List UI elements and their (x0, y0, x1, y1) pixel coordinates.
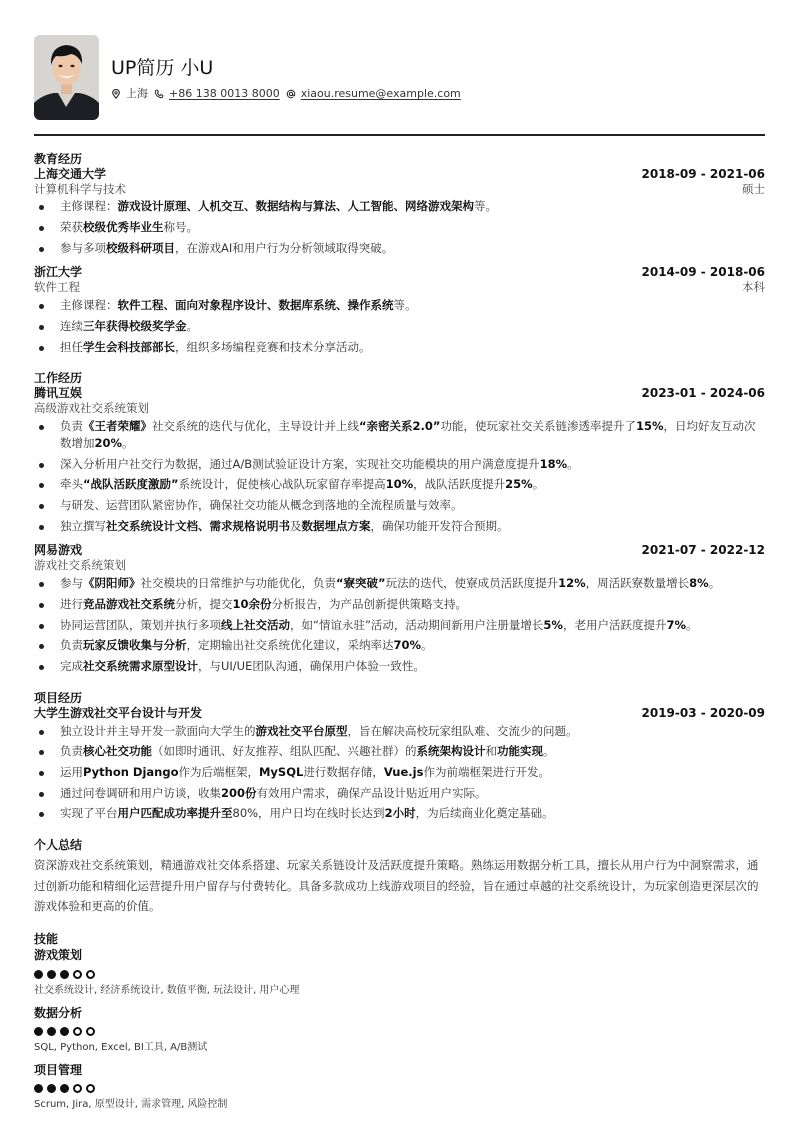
section-title: 个人总结 (34, 838, 765, 853)
bullet-list: 参与《阴阳师》社交模块的日常维护与功能优化，负责“寮突破”玩法的迭代，使寮成员活… (34, 575, 765, 674)
filled-dot-icon (34, 1027, 43, 1036)
bullet-item: 运用Python Django作为后端框架，MySQL进行数据存储，Vue.js… (34, 764, 765, 781)
skill-tags: Scrum, Jira, 原型设计, 需求管理, 风险控制 (34, 1098, 765, 1111)
summary-text: 资深游戏社交系统策划，精通游戏社交体系搭建、玩家关系链设计及活跃度提升策略。熟练… (34, 855, 765, 916)
section-education: 教育经历 上海交通大学 2018-09 - 2021-06 计算机科学与技术 硕… (34, 152, 765, 356)
highlight-text: 社交系统设计文档、需求规格说明书 (106, 519, 290, 533)
section-title: 教育经历 (34, 152, 765, 167)
highlight-text: 用户匹配成功率提升至 (118, 806, 233, 820)
bullet-item: 牵头“战队活跃度激励”系统设计，促使核心战队玩家留存率提高10%，战队活跃度提升… (34, 476, 765, 493)
contact-email[interactable]: xiaou.resume@example.com (286, 86, 461, 103)
bullet-item: 完成社交系统需求原型设计，与UI/UE团队沟通，确保用户体验一致性。 (34, 658, 765, 675)
section-title: 项目经历 (34, 691, 765, 706)
highlight-text: 游戏设计原理、人机交互、数据结构与算法、人工智能、网络游戏架构 (118, 199, 475, 213)
school-name: 浙江大学 (34, 265, 82, 280)
work-entry: 腾讯互娱 2023-01 - 2024-06 高级游戏社交系统策划 负责《王者荣… (34, 386, 765, 534)
skill-name: 游戏策划 (34, 947, 765, 963)
section-work: 工作经历 腾讯互娱 2023-01 - 2024-06 高级游戏社交系统策划 负… (34, 371, 765, 674)
highlight-text: “亲密关系2.0” (359, 419, 441, 433)
highlight-text: 校级优秀毕业生 (83, 220, 164, 234)
empty-dot-icon (86, 1027, 95, 1036)
company-name: 腾讯互娱 (34, 386, 82, 401)
bullet-item: 独立撰写社交系统设计文档、需求规格说明书及数据埋点方案，确保功能开发符合预期。 (34, 518, 765, 535)
highlight-text: 70% (394, 638, 422, 652)
highlight-text: 7% (666, 618, 686, 632)
skill-item: 游戏策划 社交系统设计, 经济系统设计, 数值平衡, 玩法设计, 用户心理 (34, 947, 765, 996)
highlight-text: 竞品游戏社交系统 (83, 597, 175, 611)
bullet-list: 主修课程：软件工程、面向对象程序设计、数据库系统、操作系统等。连续三年获得校级奖… (34, 297, 765, 355)
major: 计算机科学与技术 (34, 182, 126, 197)
highlight-text: 《阴阳师》 (83, 576, 141, 590)
empty-dot-icon (73, 1084, 82, 1093)
bullet-item: 参与《阴阳师》社交模块的日常维护与功能优化，负责“寮突破”玩法的迭代，使寮成员活… (34, 575, 765, 592)
highlight-text: 线上社交活动 (221, 618, 290, 632)
skill-item: 数据分析 SQL, Python, Excel, BI工具, A/B测试 (34, 1005, 765, 1054)
bullet-item: 实现了平台用户匹配成功率提升至80%，用户日均在线时长达到2小时，为后续商业化奠… (34, 805, 765, 822)
phone-link[interactable]: +86 138 0013 8000 (169, 86, 280, 103)
bullet-item: 连续三年获得校级奖学金。 (34, 318, 765, 335)
skill-tags: 社交系统设计, 经济系统设计, 数值平衡, 玩法设计, 用户心理 (34, 984, 765, 997)
highlight-text: 200份 (221, 786, 257, 800)
highlight-text: 功能实现 (497, 744, 543, 758)
highlight-text: 学生会科技部部长 (83, 340, 175, 354)
phone-icon (154, 89, 164, 99)
bullet-item: 与研发、运营团队紧密协作，确保社交功能从概念到落地的全流程质量与效率。 (34, 497, 765, 514)
highlight-text: 社交系统需求原型设计 (83, 659, 198, 673)
bullet-item: 进行竞品游戏社交系统分析，提交10余份分析报告，为产品创新提供策略支持。 (34, 596, 765, 613)
avatar-photo-icon (34, 35, 99, 120)
school-name: 上海交通大学 (34, 167, 106, 182)
bullet-item: 参与多项校级科研项目，在游戏AI和用户行为分析领域取得突破。 (34, 240, 765, 257)
highlight-text: 20% (95, 436, 123, 450)
location-text: 上海 (126, 86, 148, 103)
highlight-text: Python Django (83, 765, 178, 779)
empty-dot-icon (73, 970, 82, 979)
date-range: 2023-01 - 2024-06 (642, 386, 766, 401)
job-role: 游戏社交系统策划 (34, 558, 126, 573)
bullet-item: 主修课程：游戏设计原理、人机交互、数据结构与算法、人工智能、网络游戏架构等。 (34, 198, 765, 215)
section-title: 技能 (34, 932, 765, 947)
bullet-item: 负责玩家反馈收集与分析，定期输出社交系统优化建议，采纳率达70%。 (34, 637, 765, 654)
date-range: 2014-09 - 2018-06 (642, 265, 766, 280)
major: 软件工程 (34, 280, 80, 295)
company-name: 网易游戏 (34, 543, 82, 558)
highlight-text: 数据埋点方案 (302, 519, 371, 533)
bullet-item: 通过问卷调研和用户访谈，收集200份有效用户需求，确保产品设计贴近用户实际。 (34, 785, 765, 802)
highlight-text: Vue.js (384, 765, 424, 779)
candidate-name: UP简历 小U (111, 57, 461, 80)
section-skills: 技能 游戏策划 社交系统设计, 经济系统设计, 数值平衡, 玩法设计, 用户心理… (34, 932, 765, 1111)
bullet-item: 主修课程：软件工程、面向对象程序设计、数据库系统、操作系统等。 (34, 297, 765, 314)
section-projects: 项目经历 大学生游戏社交平台设计与开发 2019-03 - 2020-09 独立… (34, 691, 765, 822)
section-title: 工作经历 (34, 371, 765, 386)
resume-page: UP简历 小U 上海 +86 138 0013 8000 xiaou.resum… (34, 34, 765, 1119)
skill-level-rating (34, 970, 765, 979)
highlight-text: 软件工程、面向对象程序设计、数据库系统、操作系统 (118, 298, 394, 312)
degree: 本科 (742, 280, 765, 295)
highlight-text: 25% (505, 477, 533, 491)
highlight-text: 15% (636, 419, 664, 433)
section-summary: 个人总结 资深游戏社交系统策划，精通游戏社交体系搭建、玩家关系链设计及活跃度提升… (34, 838, 765, 916)
bullet-item: 深入分析用户社交行为数据，通过A/B测试验证设计方案，实现社交功能模块的用户满意… (34, 456, 765, 473)
highlight-text: “战队活跃度激励” (83, 477, 179, 491)
highlight-text: 玩家反馈收集与分析 (83, 638, 187, 652)
contact-row: 上海 +86 138 0013 8000 xiaou.resume@exampl… (111, 86, 461, 103)
project-entry: 大学生游戏社交平台设计与开发 2019-03 - 2020-09 独立设计并主导… (34, 706, 765, 822)
bullet-item: 独立设计并主导开发一款面向大学生的游戏社交平台原型，旨在解决高校玩家组队难、交流… (34, 723, 765, 740)
empty-dot-icon (86, 1084, 95, 1093)
date-range: 2018-09 - 2021-06 (642, 167, 766, 182)
highlight-text: 《王者荣耀》 (83, 419, 152, 433)
bullet-list: 主修课程：游戏设计原理、人机交互、数据结构与算法、人工智能、网络游戏架构等。荣获… (34, 198, 765, 256)
highlight-text: 5% (543, 618, 563, 632)
bullet-item: 协同运营团队，策划并执行多项线上社交活动，如“情谊永驻”活动，活动期间新用户注册… (34, 617, 765, 634)
highlight-text: 8% (689, 576, 709, 590)
highlight-text: 10余份 (233, 597, 272, 611)
highlight-text: 核心社交功能 (83, 744, 152, 758)
date-range: 2021-07 - 2022-12 (642, 543, 766, 558)
degree: 硕士 (742, 182, 765, 197)
filled-dot-icon (34, 970, 43, 979)
empty-dot-icon (73, 1027, 82, 1036)
contact-location: 上海 (111, 86, 148, 103)
work-entry: 网易游戏 2021-07 - 2022-12 游戏社交系统策划 参与《阴阳师》社… (34, 543, 765, 674)
highlight-text: 游戏社交平台原型 (256, 724, 348, 738)
bullet-list: 独立设计并主导开发一款面向大学生的游戏社交平台原型，旨在解决高校玩家组队难、交流… (34, 723, 765, 822)
bullet-list: 负责《王者荣耀》社交系统的迭代与优化，主导设计并上线“亲密关系2.0”功能，使玩… (34, 418, 765, 534)
filled-dot-icon (47, 1084, 56, 1093)
skill-tags: SQL, Python, Excel, BI工具, A/B测试 (34, 1041, 765, 1054)
highlight-text: 12% (558, 576, 586, 590)
highlight-text: “寮突破” (336, 576, 386, 590)
highlight-text: 校级科研项目 (106, 241, 175, 255)
highlight-text: 10% (386, 477, 414, 491)
bullet-item: 负责核心社交功能（如即时通讯、好友推荐、组队匹配、兴趣社群）的系统架构设计和功能… (34, 743, 765, 760)
highlight-text: 三年获得校级奖学金 (83, 319, 187, 333)
filled-dot-icon (47, 970, 56, 979)
education-entry: 浙江大学 2014-09 - 2018-06 软件工程 本科 主修课程：软件工程… (34, 265, 765, 355)
header-divider (34, 134, 765, 136)
skill-level-rating (34, 1084, 765, 1093)
map-pin-icon (111, 89, 121, 99)
skill-name: 数据分析 (34, 1005, 765, 1021)
skill-level-rating (34, 1027, 765, 1036)
empty-dot-icon (86, 970, 95, 979)
bullet-item: 负责《王者荣耀》社交系统的迭代与优化，主导设计并上线“亲密关系2.0”功能，使玩… (34, 418, 765, 451)
filled-dot-icon (34, 1084, 43, 1093)
highlight-text: MySQL (259, 765, 303, 779)
date-range: 2019-03 - 2020-09 (642, 706, 766, 721)
bullet-item: 担任学生会科技部部长，组织多场编程竞赛和技术分享活动。 (34, 339, 765, 356)
resume-header: UP简历 小U 上海 +86 138 0013 8000 xiaou.resum… (34, 34, 765, 120)
highlight-text: 18% (540, 457, 568, 471)
education-entry: 上海交通大学 2018-09 - 2021-06 计算机科学与技术 硕士 主修课… (34, 167, 765, 257)
skill-item: 项目管理 Scrum, Jira, 原型设计, 需求管理, 风险控制 (34, 1062, 765, 1111)
avatar (34, 35, 99, 120)
filled-dot-icon (60, 1084, 69, 1093)
contact-phone[interactable]: +86 138 0013 8000 (154, 86, 280, 103)
highlight-text: 系统架构设计 (417, 744, 486, 758)
highlight-text: 2小时 (385, 806, 416, 820)
email-link[interactable]: xiaou.resume@example.com (301, 86, 461, 103)
job-role: 高级游戏社交系统策划 (34, 401, 149, 416)
bullet-item: 荣获校级优秀毕业生称号。 (34, 219, 765, 236)
skill-name: 项目管理 (34, 1062, 765, 1078)
filled-dot-icon (60, 1027, 69, 1036)
at-sign-icon (286, 89, 296, 99)
project-name: 大学生游戏社交平台设计与开发 (34, 706, 202, 721)
filled-dot-icon (60, 970, 69, 979)
filled-dot-icon (47, 1027, 56, 1036)
header-info: UP简历 小U 上海 +86 138 0013 8000 xiaou.resum… (111, 51, 461, 102)
